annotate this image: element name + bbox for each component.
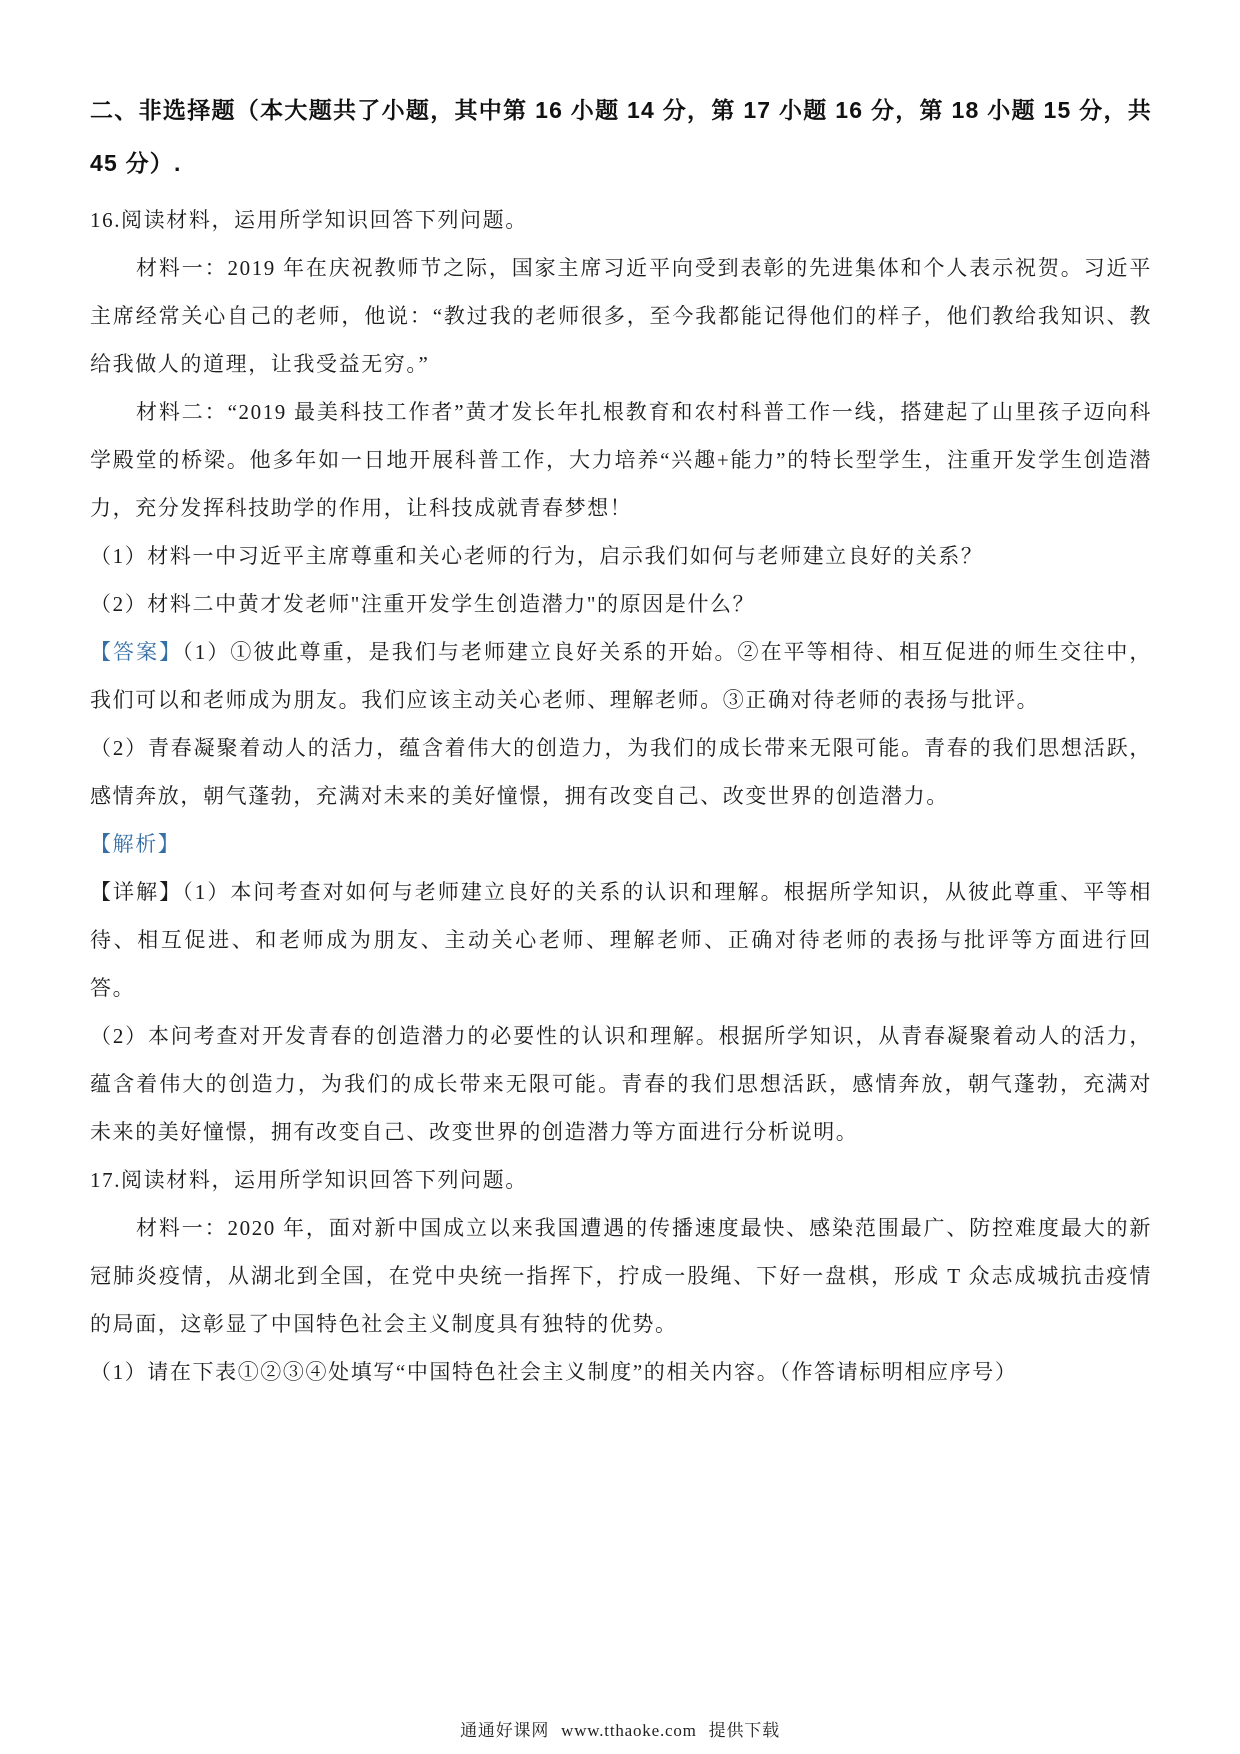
- q16-answer-paragraph-2: （2）青春凝聚着动人的活力，蕴含着伟大的创造力，为我们的成长带来无限可能。青春的…: [90, 724, 1152, 820]
- detail-label: 【详解】: [90, 880, 182, 904]
- q16-material1: 材料一：2019 年在庆祝教师节之际，国家主席习近平向受到表彰的先进集体和个人表…: [90, 244, 1152, 388]
- q17-material1: 材料一：2020 年，面对新中国成立以来我国遭遇的传播速度最快、感染范围最广、防…: [90, 1204, 1152, 1348]
- document-page: 二、非选择题（本大题共了小题，其中第 16 小题 14 分，第 17 小题 16…: [0, 0, 1240, 1754]
- answer-label: 【答案】: [90, 640, 182, 664]
- document-content: 二、非选择题（本大题共了小题，其中第 16 小题 14 分，第 17 小题 16…: [90, 84, 1152, 1396]
- q16-question2: （2）材料二中黄才发老师"注重开发学生创造潜力"的原因是什么？: [90, 580, 1152, 628]
- footer-url: www.tthaoke.com: [561, 1721, 697, 1740]
- page-footer: 通通好课网www.tthaoke.com提供下载: [0, 1716, 1240, 1741]
- q16-answer-text-1: （1）①彼此尊重，是我们与老师建立良好关系的开始。②在平等相待、相互促进的师生交…: [90, 640, 1152, 712]
- q17-intro: 17.阅读材料，运用所学知识回答下列问题。: [90, 1156, 1152, 1204]
- q16-detail-paragraph-1: 【详解】（1）本问考查对如何与老师建立良好的关系的认识和理解。根据所学知识，从彼…: [90, 868, 1152, 1012]
- analysis-label: 【解析】: [90, 832, 180, 856]
- footer-site-name: 通通好课网: [460, 1721, 549, 1740]
- q16-detail-text-1: （1）本问考查对如何与老师建立良好的关系的认识和理解。根据所学知识，从彼此尊重、…: [90, 880, 1152, 1000]
- q16-question1: （1）材料一中习近平主席尊重和关心老师的行为，启示我们如何与老师建立良好的关系？: [90, 532, 1152, 580]
- q16-analysis-paragraph: 【解析】: [90, 820, 1152, 868]
- q16-material2: 材料二：“2019 最美科技工作者”黄才发长年扎根教育和农村科普工作一线，搭建起…: [90, 388, 1152, 532]
- document-body: 16.阅读材料，运用所学知识回答下列问题。 材料一：2019 年在庆祝教师节之际…: [90, 196, 1152, 1396]
- footer-download-text: 提供下载: [709, 1721, 780, 1740]
- section-heading: 二、非选择题（本大题共了小题，其中第 16 小题 14 分，第 17 小题 16…: [90, 84, 1152, 190]
- q16-answer-paragraph-1: 【答案】（1）①彼此尊重，是我们与老师建立良好关系的开始。②在平等相待、相互促进…: [90, 628, 1152, 724]
- q17-question1: （1）请在下表①②③④处填写“中国特色社会主义制度”的相关内容。（作答请标明相应…: [90, 1348, 1152, 1396]
- q16-detail-paragraph-2: （2）本问考查对开发青春的创造潜力的必要性的认识和理解。根据所学知识，从青春凝聚…: [90, 1012, 1152, 1156]
- q16-intro: 16.阅读材料，运用所学知识回答下列问题。: [90, 196, 1152, 244]
